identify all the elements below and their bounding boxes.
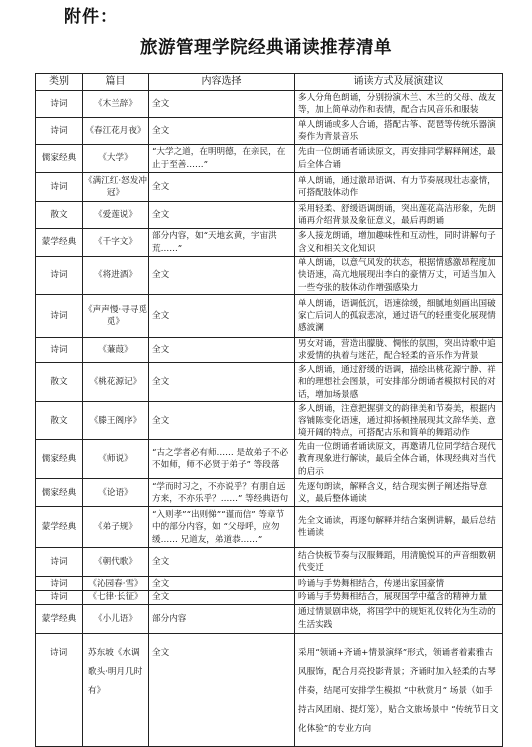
column-header-category: 类别: [36, 74, 83, 91]
recommendation-table: 类别 篇目 内容选择 诵读方式及展演建议 诗词《木兰辞》全文多人分角色朗诵，分别…: [35, 73, 503, 747]
content-selection-cell: 全文: [149, 257, 295, 295]
content-selection-cell: 全文: [149, 91, 295, 118]
column-header-content: 内容选择: [149, 74, 295, 91]
work-title-cell: 《论语》: [83, 479, 149, 507]
content-selection-cell: “古之学者必有师…… 是故弟子不必不如师，师不必贤于弟子” 等段落: [149, 440, 295, 479]
work-title-cell: 《爱莲说》: [83, 202, 149, 229]
category-cell: 蒙学经典: [36, 507, 83, 548]
suggestion-cell: 通过情景剧串烧，将国学中的规矩礼仪转化为生动的生活实践: [295, 604, 503, 633]
work-title-cell: 《木兰辞》: [83, 91, 149, 118]
work-title-cell: 《大学》: [83, 145, 149, 173]
suggestion-cell: 单人朗诵，语调低沉，语速徐缓，细腻地刻画出国破家亡后词人的孤寂悲凉，通过语气的轻…: [295, 295, 503, 338]
suggestion-cell: 多人朗诵，通过舒缓的语调，描绘出桃花源宁静、祥和的理想社会图景，可安排部分朗诵者…: [295, 363, 503, 402]
category-cell: 诗词: [36, 173, 83, 202]
table-row: 诗词苏东坡《水调歌头·明月几时有》全文采用“领诵+齐诵+情景演绎”形式，领诵者着…: [36, 633, 503, 746]
content-selection-cell: 全文: [149, 338, 295, 363]
category-cell: 蒙学经典: [36, 604, 83, 633]
category-cell: 诗词: [36, 91, 83, 118]
work-title-cell: 《七律·长征》: [83, 591, 149, 604]
table-row: 诗词《春江花月夜》全文单人朗诵或多人合诵，搭配古筝、琵琶等传统乐器演奏作为背景音…: [36, 118, 503, 145]
table-row: 诗词《木兰辞》全文多人分角色朗诵，分别扮演木兰、木兰的父母、战友等，加上简单动作…: [36, 91, 503, 118]
content-selection-cell: 全文: [149, 118, 295, 145]
attachment-label: 附件：: [64, 2, 118, 27]
work-title-cell: 《滕王阁序》: [83, 402, 149, 440]
page-title: 旅游管理学院经典诵读推荐清单: [0, 34, 532, 59]
content-selection-cell: 全文: [149, 577, 295, 591]
content-selection-cell: “学而时习之，不亦说乎？有朋自远方来，不亦乐乎？……” 等经典语句: [149, 479, 295, 507]
table-row: 散文《爱莲说》全文采用轻柔、舒缓语调朗诵，突出莲花高洁形象，先朗诵再介绍背景及象…: [36, 202, 503, 229]
category-cell: 诗词: [36, 338, 83, 363]
column-header-work: 篇目: [83, 74, 149, 91]
content-selection-cell: “入则孝”“出则悌”“谨而信” 等章节中的部分内容，如 “父母呼，应勿缓…… 兄…: [149, 507, 295, 548]
table-row: 儒家经典《师说》“古之学者必有师…… 是故弟子不必不如师，师不必贤于弟子” 等段…: [36, 440, 503, 479]
suggestion-cell: 吟诵与手势舞相结合，传递出家国豪情: [295, 577, 503, 591]
content-selection-cell: 全文: [149, 363, 295, 402]
suggestion-cell: 多人分角色朗诵，分别扮演木兰、木兰的父母、战友等，加上简单动作和表情，配合古风音…: [295, 91, 503, 118]
suggestion-cell: 结合快板节奏与汉服舞蹈，用清脆悦耳的声音细数朝代变迁: [295, 548, 503, 577]
work-title-cell: 《小儿语》: [83, 604, 149, 633]
table-row: 诗词《满江红·怒发冲冠》全文单人朗诵，通过激昂语调、有力节奏展现壮志豪情，可搭配…: [36, 173, 503, 202]
suggestion-cell: 单人朗诵或多人合诵，搭配古筝、琵琶等传统乐器演奏作为背景音乐: [295, 118, 503, 145]
content-selection-cell: 部分内容: [149, 604, 295, 633]
table-row: 蒙学经典《小儿语》部分内容通过情景剧串烧，将国学中的规矩礼仪转化为生动的生活实践: [36, 604, 503, 633]
suggestion-cell: 先由一位朗诵者诵读原文，再邀请几位同学结合现代教育现象进行解读，最后全体合诵，体…: [295, 440, 503, 479]
work-title-cell: 《桃花源记》: [83, 363, 149, 402]
suggestion-cell: 单人朗诵，通过激昂语调、有力节奏展现壮志豪情，可搭配肢体动作: [295, 173, 503, 202]
table-row: 诗词《朝代歌》全文结合快板节奏与汉服舞蹈，用清脆悦耳的声音细数朝代变迁: [36, 548, 503, 577]
suggestion-cell: 多人接龙朗诵，增加趣味性和互动性，同时讲解句子含义和相关文化知识: [295, 229, 503, 257]
work-title-cell: 《弟子规》: [83, 507, 149, 548]
table-header-row: 类别 篇目 内容选择 诵读方式及展演建议: [36, 74, 503, 91]
content-selection-cell: 全文: [149, 548, 295, 577]
work-title-cell: 《将进酒》: [83, 257, 149, 295]
suggestion-cell: 采用轻柔、舒缓语调朗诵，突出莲花高洁形象，先朗诵再介绍背景及象征意义，最后再朗诵: [295, 202, 503, 229]
content-selection-cell: 全文: [149, 295, 295, 338]
content-selection-cell: 全文: [149, 591, 295, 604]
work-title-cell: 《蒹葭》: [83, 338, 149, 363]
category-cell: 诗词: [36, 295, 83, 338]
category-cell: 儒家经典: [36, 145, 83, 173]
category-cell: 儒家经典: [36, 479, 83, 507]
table-row: 诗词《蒹葭》全文男女对诵，营造出朦胧、惆怅的氛围，突出诗歌中追求爱情的执着与迷茫…: [36, 338, 503, 363]
suggestion-cell: 男女对诵，营造出朦胧、惆怅的氛围，突出诗歌中追求爱情的执着与迷茫，配合轻柔的音乐…: [295, 338, 503, 363]
suggestion-cell: 多人朗诵，注意把握骈文的韵律美和节奏美，根据内容铺陈变化语速，通过抑扬顿挫展现其…: [295, 402, 503, 440]
suggestion-cell: 先逐句朗读，解释含义，结合现实例子阐述指导意义，最后整体诵读: [295, 479, 503, 507]
category-cell: 散文: [36, 402, 83, 440]
table-row: 散文《滕王阁序》全文多人朗诵，注意把握骈文的韵律美和节奏美，根据内容铺陈变化语速…: [36, 402, 503, 440]
category-cell: 儒家经典: [36, 440, 83, 479]
content-selection-cell: 部分内容，如“天地玄黄，宇宙洪荒……”: [149, 229, 295, 257]
content-selection-cell: 全文: [149, 173, 295, 202]
category-cell: 诗词: [36, 591, 83, 604]
suggestion-cell: 采用“领诵+齐诵+情景演绎”形式，领诵者着素雅古风服饰，配合月亮投影背景；齐诵时…: [295, 633, 503, 746]
category-cell: 散文: [36, 363, 83, 402]
work-title-cell: 《春江花月夜》: [83, 118, 149, 145]
work-title-cell: 《师说》: [83, 440, 149, 479]
suggestion-cell: 单人朗诵，以意气风发的状态，根据情感激昂程度加快语速，高亢地展现出李白的豪情万丈…: [295, 257, 503, 295]
table-row: 诗词《声声慢·寻寻觅觅》全文单人朗诵，语调低沉，语速徐缓，细腻地刻画出国破家亡后…: [36, 295, 503, 338]
category-cell: 诗词: [36, 257, 83, 295]
work-title-cell: 《满江红·怒发冲冠》: [83, 173, 149, 202]
table-row: 儒家经典《大学》“大学之道，在明明德，在亲民，在止于至善……”先由一位朗诵者诵读…: [36, 145, 503, 173]
table-row: 诗词《沁园春·雪》全文吟诵与手势舞相结合，传递出家国豪情: [36, 577, 503, 591]
table-row: 诗词《七律·长征》全文吟诵与手势舞相结合，展现国学中蕴含的精神力量: [36, 591, 503, 604]
category-cell: 诗词: [36, 548, 83, 577]
category-cell: 散文: [36, 202, 83, 229]
table-row: 诗词《将进酒》全文单人朗诵，以意气风发的状态，根据情感激昂程度加快语速，高亢地展…: [36, 257, 503, 295]
content-selection-cell: 全文: [149, 633, 295, 746]
category-cell: 诗词: [36, 577, 83, 591]
category-cell: 蒙学经典: [36, 229, 83, 257]
content-selection-cell: 全文: [149, 402, 295, 440]
category-cell: 诗词: [36, 633, 83, 746]
table-row: 蒙学经典《千字文》部分内容，如“天地玄黄，宇宙洪荒……”多人接龙朗诵，增加趣味性…: [36, 229, 503, 257]
table-row: 儒家经典《论语》“学而时习之，不亦说乎？有朋自远方来，不亦乐乎？……” 等经典语…: [36, 479, 503, 507]
table-row: 蒙学经典《弟子规》“入则孝”“出则悌”“谨而信” 等章节中的部分内容，如 “父母…: [36, 507, 503, 548]
suggestion-cell: 先由一位朗诵者诵读原文，再安排同学解释阐述，最后全体合诵: [295, 145, 503, 173]
table-row: 散文《桃花源记》全文多人朗诵，通过舒缓的语调，描绘出桃花源宁静、祥和的理想社会图…: [36, 363, 503, 402]
content-selection-cell: 全文: [149, 202, 295, 229]
column-header-suggestion: 诵读方式及展演建议: [295, 74, 503, 91]
suggestion-cell: 吟诵与手势舞相结合，展现国学中蕴含的精神力量: [295, 591, 503, 604]
work-title-cell: 《沁园春·雪》: [83, 577, 149, 591]
work-title-cell: 《朝代歌》: [83, 548, 149, 577]
category-cell: 诗词: [36, 118, 83, 145]
work-title-cell: 苏东坡《水调歌头·明月几时有》: [83, 633, 149, 746]
content-selection-cell: “大学之道，在明明德，在亲民，在止于至善……”: [149, 145, 295, 173]
work-title-cell: 《千字文》: [83, 229, 149, 257]
suggestion-cell: 先全文诵读，再逐句解释并结合案例讲解，最后总结性诵读: [295, 507, 503, 548]
work-title-cell: 《声声慢·寻寻觅觅》: [83, 295, 149, 338]
